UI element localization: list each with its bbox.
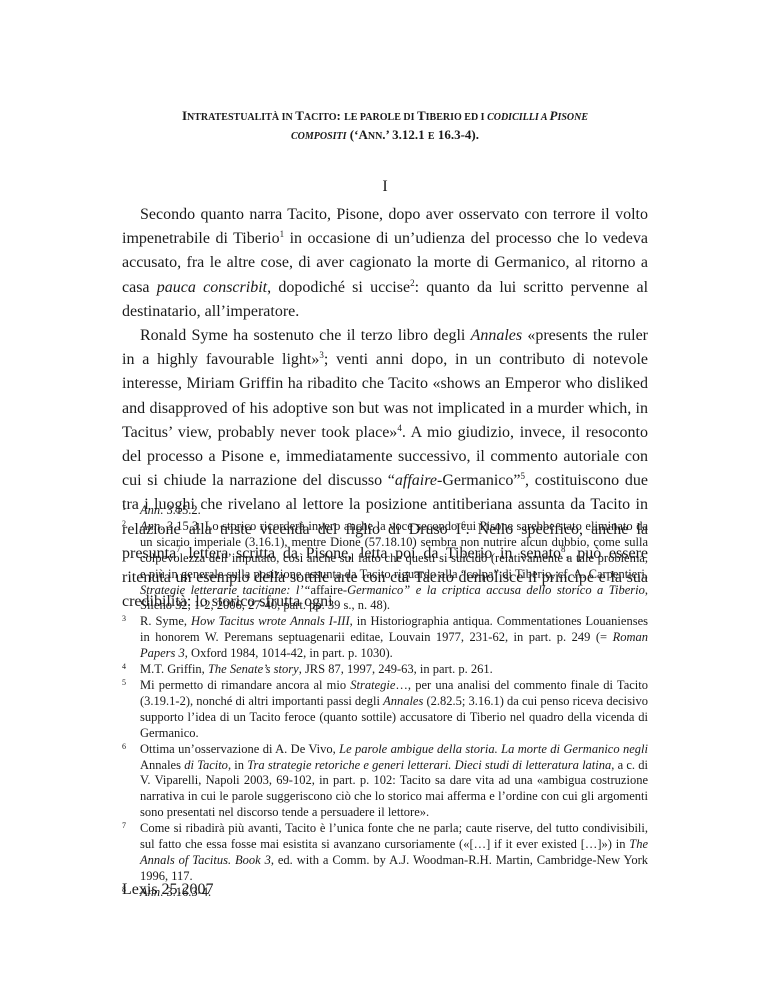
title-fragment: T [417,108,426,123]
footnotes: 1Ann. 3.15.2.2Ann. 3.15.3. Lo storico ri… [122,503,648,901]
footnote-number: 5 [122,675,126,691]
title-fragment: ISONE [557,112,588,123]
title-line-1: INTRATESTUALITÀ IN TACITO: LE PAROLE DI … [122,107,648,126]
italic-text: pau­ca conscribit [157,279,267,296]
section-number: I [122,178,648,196]
footnote-reference[interactable]: 1 [280,229,285,239]
article-title: INTRATESTUALITÀ IN TACITO: LE PAROLE DI … [122,107,648,145]
footnote-text: Ann. 3.15.3. Lo storico ricorderà invero… [140,519,648,613]
footnote-number: 6 [122,739,126,755]
footnote-reference[interactable]: 2 [410,278,415,288]
italic-text: -Germanico” e la criptica accusa dello s… [343,583,645,597]
italic-text: Strategie letterarie tacitiane: l’“ [140,583,311,597]
title-fragment: (‘A [347,127,368,142]
italic-text: Ann [140,503,160,517]
italic-text: The Annals of Tacitus. Book 3 [140,837,648,867]
footnote: 2Ann. 3.15.3. Lo storico ricorderà inver… [122,519,648,614]
footnote: 1Ann. 3.15.2. [122,503,648,519]
italic-text: Le parole ambigue della storia. La morte… [339,742,648,756]
footnote-text: R. Syme, How Tacitus wrote Annals I-III,… [140,614,648,660]
footnote-number: 1 [122,500,126,516]
italic-text: Annales [471,327,523,344]
title-fragment: .’ 3.12.1 [382,127,428,142]
title-line-2: COMPOSITI (‘ANN.’ 3.12.1 E 16.3-4). [122,126,648,145]
title-fragment: NN [368,131,382,142]
italic-text: Annales [383,694,423,708]
italic-text: How Tacitus wrote Annals I-III [191,614,350,628]
footnote-text: M.T. Griffin, The Senate’s story, JRS 87… [140,662,493,676]
italic-text: Strategie [350,678,395,692]
footnote-number: 3 [122,611,126,627]
footnote-number: 2 [122,516,126,532]
title-fragment: E [428,131,435,142]
footnote-reference[interactable]: 3 [319,350,324,360]
title-fragment: 16.3-4). [435,127,479,142]
italic-text: Ann [140,519,160,533]
footnote-reference[interactable]: 5 [521,471,526,481]
footnote: 3R. Syme, How Tacitus wrote Annals I-III… [122,614,648,662]
footnote-text: Come si ribadirà più avanti, Tacito è l’… [140,821,648,883]
title-fragment: CODICILLI A [487,112,549,123]
title-fragment: COMPOSITI [291,131,347,142]
footnote: 6Ottima un’osservazione di A. De Vivo, L… [122,742,648,822]
italic-text: The Senate’s story [208,662,299,676]
footnote-number: 7 [122,818,126,834]
title-fragment: : [337,108,345,123]
footnote: 4M.T. Griffin, The Senate’s story, JRS 8… [122,662,648,678]
italic-text: Ro­man Papers 3 [140,630,648,660]
footnote-text: Mi permetto di rimandare ancora al mio S… [140,678,648,740]
italic-text: affaire [395,472,437,489]
title-fragment: T [295,108,304,123]
footnote: 5Mi permetto di rimandare ancora al mio … [122,678,648,742]
journal-footer: Lexis 25.2007 [122,880,214,900]
footnote-text: Ottima un’osservazione di A. De Vivo, Le… [140,742,648,820]
footnote: 7Come si ribadirà più avanti, Tacito è l… [122,821,648,885]
title-fragment: NTRATESTUALITÀ IN [187,112,295,123]
title-fragment: LE PAROLE DI [344,112,417,123]
title-fragment: IBERIO ED I [426,112,487,123]
footnote-number: 4 [122,659,126,675]
footnote-reference[interactable]: 4 [397,423,402,433]
paragraph: Secondo quanto narra Tacito, Pisone, dop… [122,203,648,324]
title-fragment: ACITO [304,112,337,123]
italic-text: di Tacito [181,758,228,772]
italic-text: Tra strategie retoriche e generi lettera… [247,758,611,772]
footnote-text: Ann. 3.15.2. [140,503,201,517]
